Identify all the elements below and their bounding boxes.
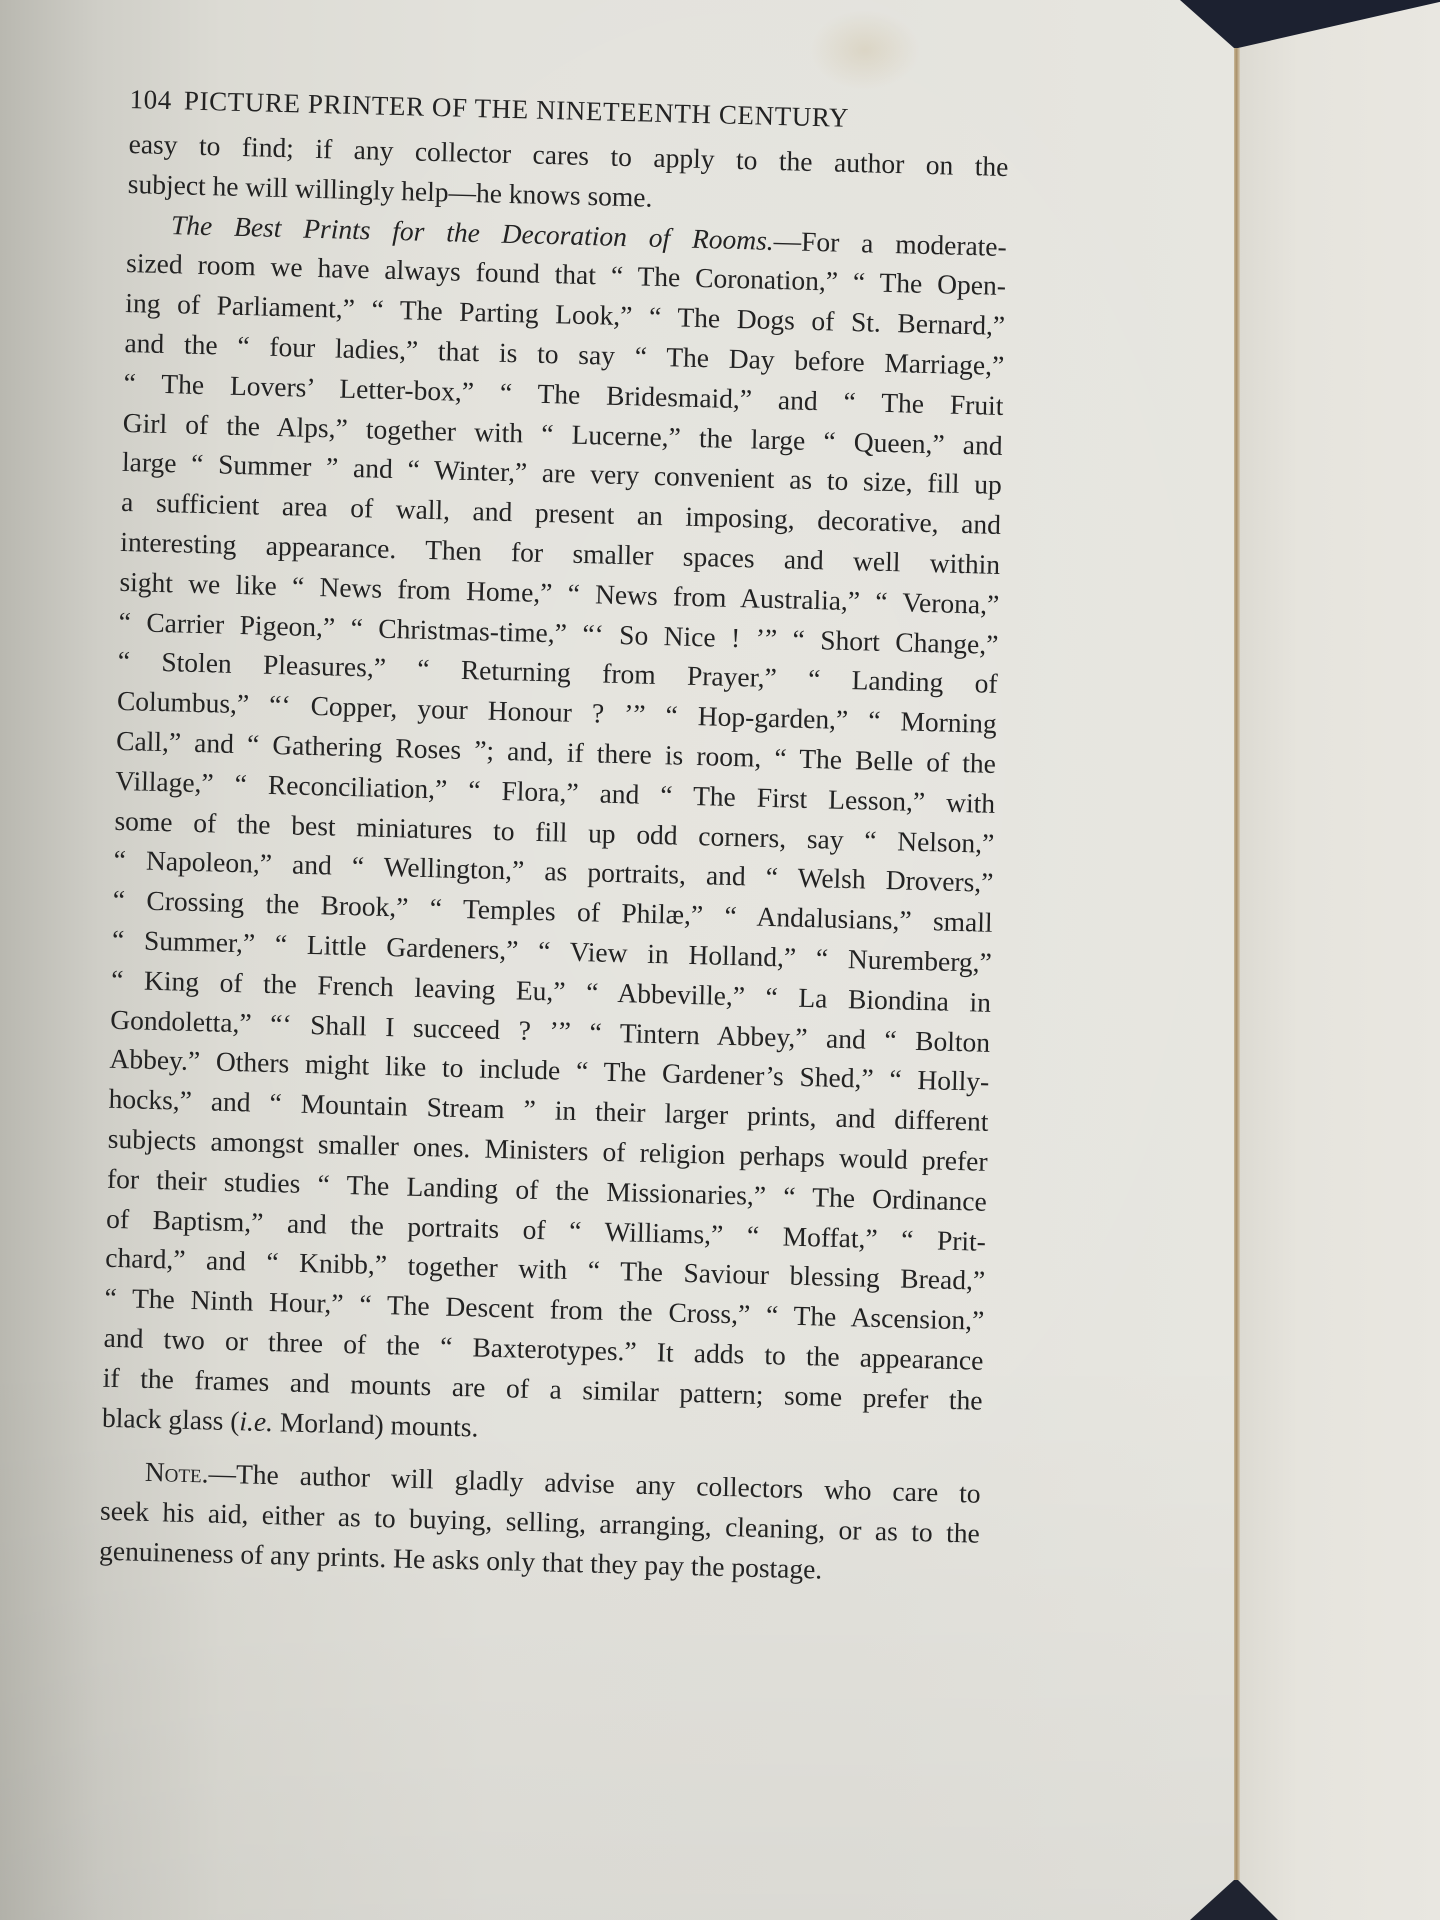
right-book-page-edge — [1238, 0, 1440, 1920]
text-fragment: —For a moderate- — [773, 225, 1007, 262]
text-fragment: black glass ( — [102, 1401, 240, 1436]
page-gutter — [1234, 48, 1240, 1880]
page-number: 104 — [129, 84, 172, 115]
text-fragment: Morland) mounts. — [273, 1406, 479, 1442]
body-paragraphs: easy to find; if any collector cares to … — [99, 124, 1009, 1593]
photo-scene: 104PICTURE PRINTER OF THE NINETEENTH CEN… — [0, 0, 1440, 1920]
paper-stain — [810, 10, 920, 90]
page-text-block: 104PICTURE PRINTER OF THE NINETEENTH CEN… — [99, 82, 1010, 1593]
author-note: Note.—The author will gladly advise any … — [99, 1451, 981, 1593]
note-label: Note. — [145, 1456, 209, 1489]
italic-abbreviation: i.e. — [239, 1405, 273, 1437]
